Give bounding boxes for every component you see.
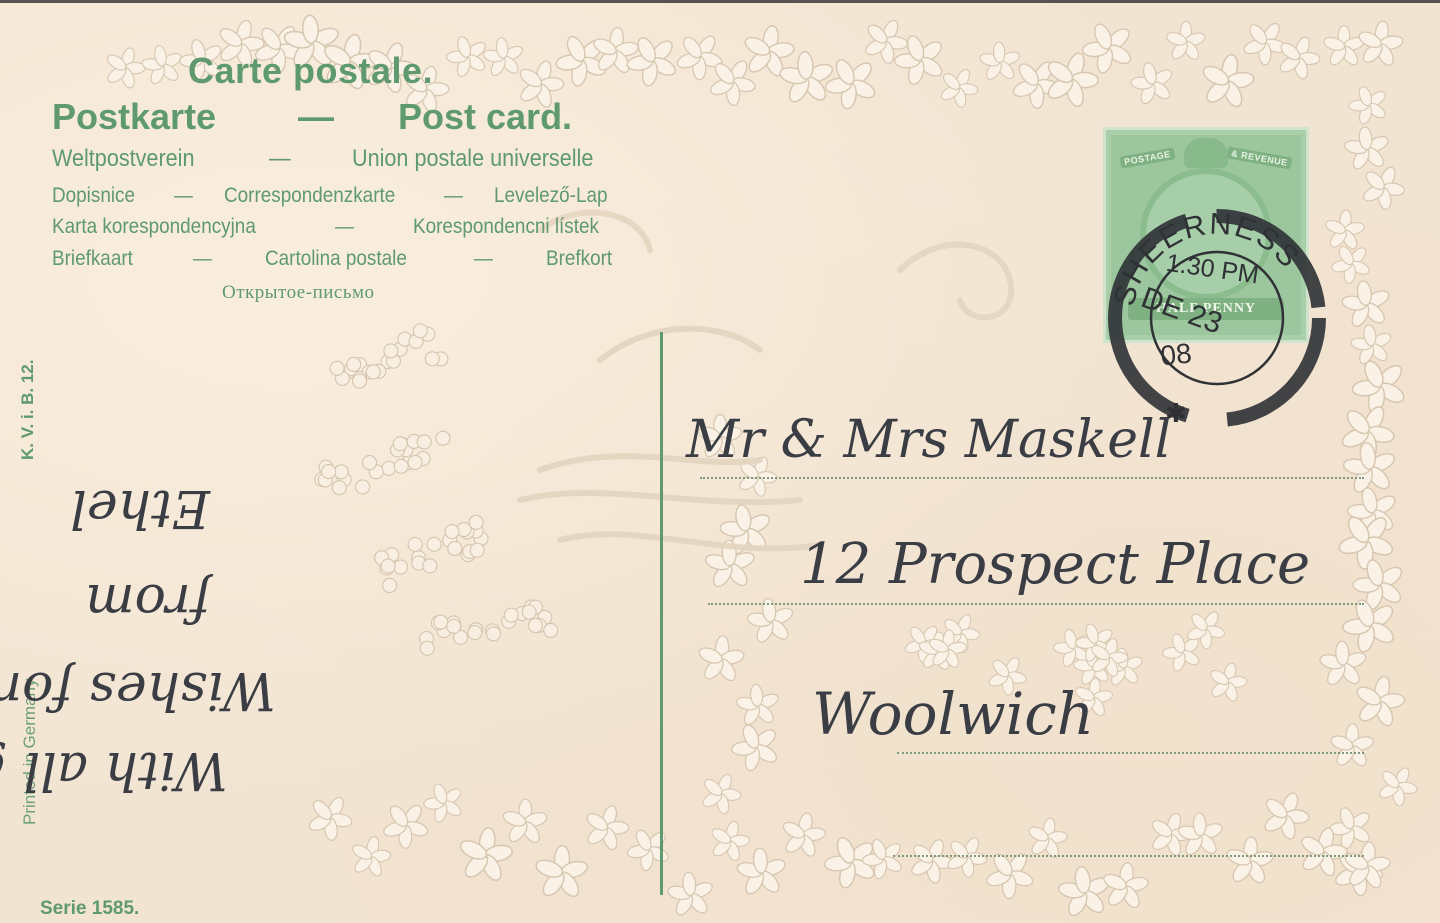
dash: — xyxy=(269,145,291,173)
dash: — xyxy=(335,215,354,239)
handwritten-message: With all good Wishes for Xmas from Ethel xyxy=(0,400,460,800)
text-cyrillic: Открытое-письмо xyxy=(222,282,375,304)
crown-icon xyxy=(1184,138,1228,168)
title-post-card: Post card. xyxy=(398,96,572,138)
address-line-3 xyxy=(897,752,1364,754)
text-briefkaart: Briefkaart xyxy=(52,247,133,271)
title-carte-postale: Carte postale. xyxy=(188,50,433,92)
text-dopisnice: Dopisnice xyxy=(52,184,135,208)
divider-line xyxy=(660,332,663,895)
stamp-label-postage: POSTAGE xyxy=(1119,147,1175,168)
dash: — xyxy=(474,247,493,271)
postcard-back: Carte postale. Postkarte — Post card. We… xyxy=(0,0,1440,923)
dash: — xyxy=(174,184,193,208)
header-row-1: Weltpostverein — Union postale universel… xyxy=(52,145,620,173)
header-row-2: Dopisnice — Correspondenzkarte — Levelez… xyxy=(52,184,620,208)
dash: — xyxy=(193,247,212,271)
stamp-value: HALF PENNY xyxy=(1128,298,1284,320)
title-dash: — xyxy=(298,96,334,138)
text-korespondencni-listek: Korespondencni lístek xyxy=(413,215,599,239)
message-line-4: Ethel xyxy=(70,478,210,538)
series-number: Serie 1585. xyxy=(40,898,139,920)
header-row-3: Karta korespondencyjna — Korespondencni … xyxy=(52,215,620,239)
address-name: Mr & Mrs Maskell xyxy=(686,410,1171,470)
message-line-3: from xyxy=(85,572,210,632)
address-line-2 xyxy=(708,603,1364,605)
text-cartolina-postale: Cartolina postale xyxy=(265,247,407,271)
king-portrait xyxy=(1146,174,1266,294)
text-union-postale: Union postale universelle xyxy=(352,145,593,173)
address-street: 12 Prospect Place xyxy=(800,532,1310,597)
stamp-label-revenue: & REVENUE xyxy=(1226,146,1292,169)
message-line-2: Wishes for Xmas xyxy=(0,660,276,720)
dash: — xyxy=(444,184,463,208)
text-levelezo-lap: Levelező-Lap xyxy=(494,184,607,208)
text-karta-korespondencyjna: Karta korespondencyjna xyxy=(52,215,256,239)
text-brefkort: Brefkort xyxy=(546,247,612,271)
text-weltpostverein: Weltpostverein xyxy=(52,145,194,173)
title-postkarte: Postkarte xyxy=(52,96,216,138)
card-top-edge xyxy=(0,0,1440,3)
header-row-4: Briefkaart — Cartolina postale — Brefkor… xyxy=(52,247,620,271)
address-line-4 xyxy=(893,855,1364,857)
postage-stamp: POSTAGE & REVENUE HALF PENNY xyxy=(1103,127,1309,343)
address-line-1 xyxy=(700,477,1364,479)
address-town: Woolwich xyxy=(812,680,1094,748)
text-correspondenzkarte: Correspondenzkarte xyxy=(224,184,395,208)
message-line-1: With all good xyxy=(0,740,228,800)
